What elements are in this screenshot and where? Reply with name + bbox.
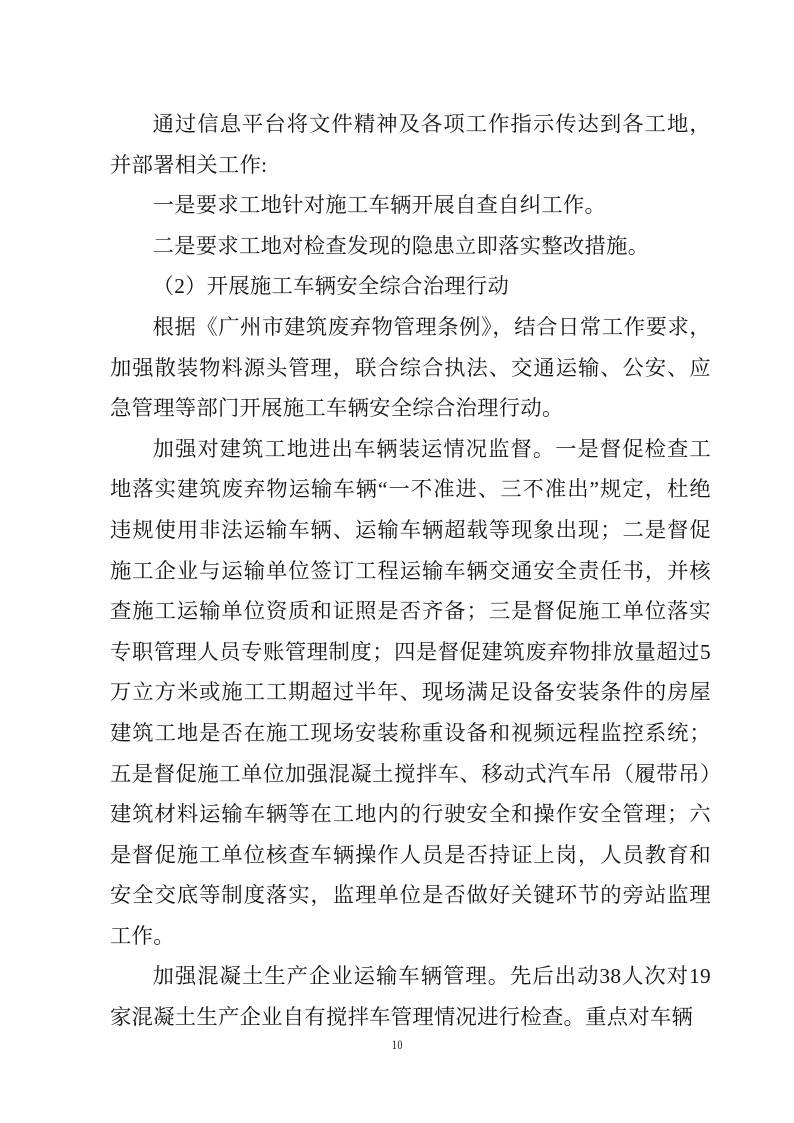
paragraph-supervision-measures: 加强对建筑工地进出车辆装运情况监督。一是督促检查工地落实建筑废弃物运输车辆“一不…	[110, 429, 711, 957]
page-number: 10	[391, 1037, 402, 1053]
paragraph-item-one: 一是要求工地针对施工车辆开展自查自纠工作。	[110, 185, 711, 226]
paragraph-section-heading: （2）开展施工车辆安全综合治理行动	[110, 266, 711, 307]
paragraph-intro: 通过信息平台将文件精神及各项工作指示传达到各工地，并部署相关工作:	[110, 104, 711, 185]
paragraph-concrete-enterprise: 加强混凝土生产企业运输车辆管理。先后出动38人次对19家混凝土生产企业自有搅拌车…	[110, 956, 711, 1037]
page-footer: 10	[0, 1036, 794, 1054]
paragraph-basis: 根据《广州市建筑废弃物管理条例》，结合日常工作要求，加强散装物料源头管理，联合综…	[110, 307, 711, 429]
paragraph-item-two: 二是要求工地对检查发现的隐患立即落实整改措施。	[110, 226, 711, 267]
document-page: 通过信息平台将文件精神及各项工作指示传达到各工地，并部署相关工作: 一是要求工地…	[0, 0, 794, 1123]
document-body: 通过信息平台将文件精神及各项工作指示传达到各工地，并部署相关工作: 一是要求工地…	[110, 104, 711, 1038]
